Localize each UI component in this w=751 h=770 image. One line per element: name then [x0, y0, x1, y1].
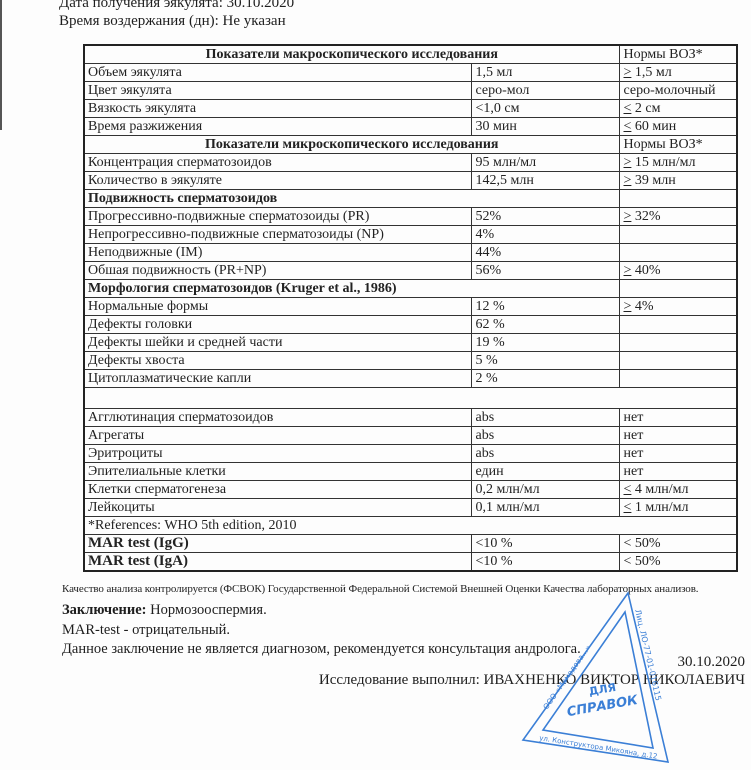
- norm-value: 32%: [631, 209, 660, 224]
- scan-edge-line: [0, 0, 2, 130]
- result-value: 142,5 млн: [471, 172, 619, 190]
- norm-value: 1,5 мл: [631, 65, 671, 80]
- result-value: серо-мол: [471, 82, 619, 100]
- norm-value: серо-молочный: [624, 83, 716, 98]
- mar-test-value: <10 %: [471, 535, 619, 553]
- receipt-date: 30.10.2020: [227, 0, 295, 11]
- references-row: *References: WHO 5th edition, 2010: [84, 517, 737, 535]
- abstinence-line: Время воздержания (дн): Не указан: [59, 13, 286, 30]
- parameter-label: Время разжижения: [84, 118, 471, 136]
- parameter-label: Нормальные формы: [84, 298, 471, 316]
- reference-norm: > 4%: [619, 298, 737, 316]
- norm-value: 60 мин: [631, 119, 676, 134]
- reference-norm: [619, 334, 737, 352]
- table-row: Лейкоциты0,1 млн/мл< 1 млн/мл: [84, 499, 737, 517]
- table-row: Эпителиальные клеткиединнет: [84, 463, 737, 481]
- parameter-label: Вязкость эякулята: [84, 100, 471, 118]
- table-row: Обшая подвижность (PR+NP)56%> 40%: [84, 262, 737, 280]
- table-row: Клетки сперматогенеза0,2 млн/мл< 4 млн/м…: [84, 481, 737, 499]
- result-value: 95 млн/мл: [471, 154, 619, 172]
- table-row: Количество в эякуляте142,5 млн> 39 млн: [84, 172, 737, 190]
- result-value: един: [471, 463, 619, 481]
- receipt-date-label: Дата получения эякулята:: [59, 0, 223, 11]
- parameter-label: Количество в эякуляте: [84, 172, 471, 190]
- mar-test-row: MAR test (IgA)<10 %< 50%: [84, 553, 737, 572]
- references-note: *References: WHO 5th edition, 2010: [84, 517, 737, 535]
- spacer-cell: [84, 388, 737, 409]
- abstinence-value: Не указан: [223, 13, 286, 29]
- parameter-label: Клетки сперматогенеза: [84, 481, 471, 499]
- result-value: abs: [471, 409, 619, 427]
- result-value: abs: [471, 445, 619, 463]
- result-value: 12 %: [471, 298, 619, 316]
- section-title: Показатели микроскопического исследовани…: [84, 136, 619, 154]
- parameter-label: Агрегаты: [84, 427, 471, 445]
- quality-control-note: Качество анализа контролируется (ФСВОК) …: [62, 583, 698, 595]
- subsection-title: Морфология сперматозоидов (Kruger et al.…: [84, 280, 619, 298]
- report-date: 30.10.2020: [678, 654, 746, 671]
- parameter-label: Дефекты хвоста: [84, 352, 471, 370]
- parameter-label: Дефекты шейки и средней части: [84, 334, 471, 352]
- reference-norm: < 1 млн/мл: [619, 499, 737, 517]
- norm-value: нет: [624, 446, 644, 461]
- result-value: 0,1 млн/мл: [471, 499, 619, 517]
- norm-value: нет: [624, 464, 644, 479]
- table-row: Прогрессивно-подвижные сперматозоиды (PR…: [84, 208, 737, 226]
- empty-norm-cell: [619, 190, 737, 208]
- norm-value: 40%: [631, 263, 660, 278]
- mar-test-label: MAR test (IgG): [84, 535, 471, 553]
- table-row: Цитоплазматические капли2 %: [84, 370, 737, 388]
- reference-norm: < 4 млн/мл: [619, 481, 737, 499]
- parameter-label: Объем эякулята: [84, 64, 471, 82]
- result-value: 19 %: [471, 334, 619, 352]
- norm-value: нет: [624, 428, 644, 443]
- table-row: Дефекты шейки и средней части19 %: [84, 334, 737, 352]
- semen-analysis-table: Показатели макроскопического исследовани…: [83, 44, 738, 572]
- parameter-label: Эритроциты: [84, 445, 471, 463]
- result-value: 4%: [471, 226, 619, 244]
- table-row: Объем эякулята1,5 мл> 1,5 мл: [84, 64, 737, 82]
- reference-norm: нет: [619, 427, 737, 445]
- section-header-row: Показатели макроскопического исследовани…: [84, 45, 737, 64]
- performed-by-line: Исследование выполнил: ИВАХНЕНКО ВИКТОР …: [319, 672, 745, 689]
- norm-header: Нормы ВОЗ*: [619, 136, 737, 154]
- result-value: <1,0 см: [471, 100, 619, 118]
- parameter-label: Эпителиальные клетки: [84, 463, 471, 481]
- table-body: Показатели макроскопического исследовани…: [84, 45, 737, 571]
- section-header-row: Показатели микроскопического исследовани…: [84, 136, 737, 154]
- table-row: Нормальные формы12 %> 4%: [84, 298, 737, 316]
- table-row: Дефекты хвоста5 %: [84, 352, 737, 370]
- parameter-label: Цитоплазматические капли: [84, 370, 471, 388]
- result-value: 62 %: [471, 316, 619, 334]
- disclaimer: Данное заключение не является диагнозом,…: [62, 640, 581, 659]
- mar-test-norm: < 50%: [619, 553, 737, 572]
- result-value: 1,5 мл: [471, 64, 619, 82]
- mar-test-row: MAR test (IgG)<10 %< 50%: [84, 535, 737, 553]
- table-row: Цвет эякулятасеро-молсеро-молочный: [84, 82, 737, 100]
- result-value: 56%: [471, 262, 619, 280]
- table-row: Агрегатыabsнет: [84, 427, 737, 445]
- reference-norm: [619, 316, 737, 334]
- subsection-title: Подвижность сперматозоидов: [84, 190, 619, 208]
- parameter-label: Непрогрессивно-подвижные сперматозоиды (…: [84, 226, 471, 244]
- reference-norm: > 39 млн: [619, 172, 737, 190]
- norm-value: 4%: [631, 299, 653, 314]
- reference-norm: [619, 370, 737, 388]
- parameter-label: Дефекты головки: [84, 316, 471, 334]
- reference-norm: нет: [619, 445, 737, 463]
- performed-by-name: ИВАХНЕНКО ВИКТОР НИКОЛАЕВИЧ: [480, 672, 745, 688]
- table-row: Дефекты головки62 %: [84, 316, 737, 334]
- parameter-label: Обшая подвижность (PR+NP): [84, 262, 471, 280]
- result-value: 44%: [471, 244, 619, 262]
- reference-norm: > 1,5 мл: [619, 64, 737, 82]
- reference-norm: нет: [619, 463, 737, 481]
- reference-norm: [619, 352, 737, 370]
- table-row: Вязкость эякулята<1,0 см< 2 см: [84, 100, 737, 118]
- conclusion-line: Заключение: Нормозооспермия.: [62, 601, 267, 620]
- reference-norm: [619, 244, 737, 262]
- reference-norm: < 60 мин: [619, 118, 737, 136]
- conclusion-value: Нормозооспермия.: [147, 602, 267, 618]
- reference-norm: > 15 млн/мл: [619, 154, 737, 172]
- norm-value: 15 млн/мл: [631, 155, 695, 170]
- subsection-header-row: Морфология сперматозоидов (Kruger et al.…: [84, 280, 737, 298]
- table-row: Концентрация сперматозоидов95 млн/мл> 15…: [84, 154, 737, 172]
- mar-result: MAR-test - отрицательный.: [62, 621, 230, 640]
- norm-value: 4 млн/мл: [631, 482, 688, 497]
- conclusion-label: Заключение:: [62, 602, 147, 618]
- norm-header: Нормы ВОЗ*: [619, 45, 737, 64]
- stamp-center-text-2: СПРАВОК: [566, 693, 640, 720]
- mar-test-value: <10 %: [471, 553, 619, 572]
- table-row: Время разжижения30 мин< 60 мин: [84, 118, 737, 136]
- reference-norm: < 2 см: [619, 100, 737, 118]
- reference-norm: > 40%: [619, 262, 737, 280]
- parameter-label: Цвет эякулята: [84, 82, 471, 100]
- reference-norm: серо-молочный: [619, 82, 737, 100]
- reference-norm: > 32%: [619, 208, 737, 226]
- reference-norm: [619, 226, 737, 244]
- empty-norm-cell: [619, 280, 737, 298]
- norm-value: 2 см: [631, 101, 660, 116]
- result-value: 5 %: [471, 352, 619, 370]
- table-row: Эритроцитыabsнет: [84, 445, 737, 463]
- result-value: 0,2 млн/мл: [471, 481, 619, 499]
- norm-value: 39 млн: [631, 173, 675, 188]
- parameter-label: Концентрация сперматозоидов: [84, 154, 471, 172]
- parameter-label: Агглютинация сперматозоидов: [84, 409, 471, 427]
- mar-test-norm: < 50%: [619, 535, 737, 553]
- reference-norm: нет: [619, 409, 737, 427]
- abstinence-label: Время воздержания (дн):: [59, 13, 219, 29]
- result-value: 52%: [471, 208, 619, 226]
- subsection-header-row: Подвижность сперматозоидов: [84, 190, 737, 208]
- result-value: 2 %: [471, 370, 619, 388]
- result-value: 30 мин: [471, 118, 619, 136]
- receipt-date-line: Дата получения эякулята: 30.10.2020: [59, 0, 294, 12]
- stamp-bottom-text: ул. Конструктора Микояна, д.12: [539, 734, 658, 761]
- parameter-label: Неподвижные (IM): [84, 244, 471, 262]
- result-value: abs: [471, 427, 619, 445]
- table-row: Непрогрессивно-подвижные сперматозоиды (…: [84, 226, 737, 244]
- parameter-label: Лейкоциты: [84, 499, 471, 517]
- mar-test-label: MAR test (IgA): [84, 553, 471, 572]
- norm-value: 1 млн/мл: [631, 500, 688, 515]
- table-row: Неподвижные (IM)44%: [84, 244, 737, 262]
- norm-value: нет: [624, 410, 644, 425]
- parameter-label: Прогрессивно-подвижные сперматозоиды (PR…: [84, 208, 471, 226]
- section-title: Показатели макроскопического исследовани…: [84, 45, 619, 64]
- spacer-row: [84, 388, 737, 409]
- table-row: Агглютинация сперматозоидовabsнет: [84, 409, 737, 427]
- performed-by-label: Исследование выполнил:: [319, 672, 480, 688]
